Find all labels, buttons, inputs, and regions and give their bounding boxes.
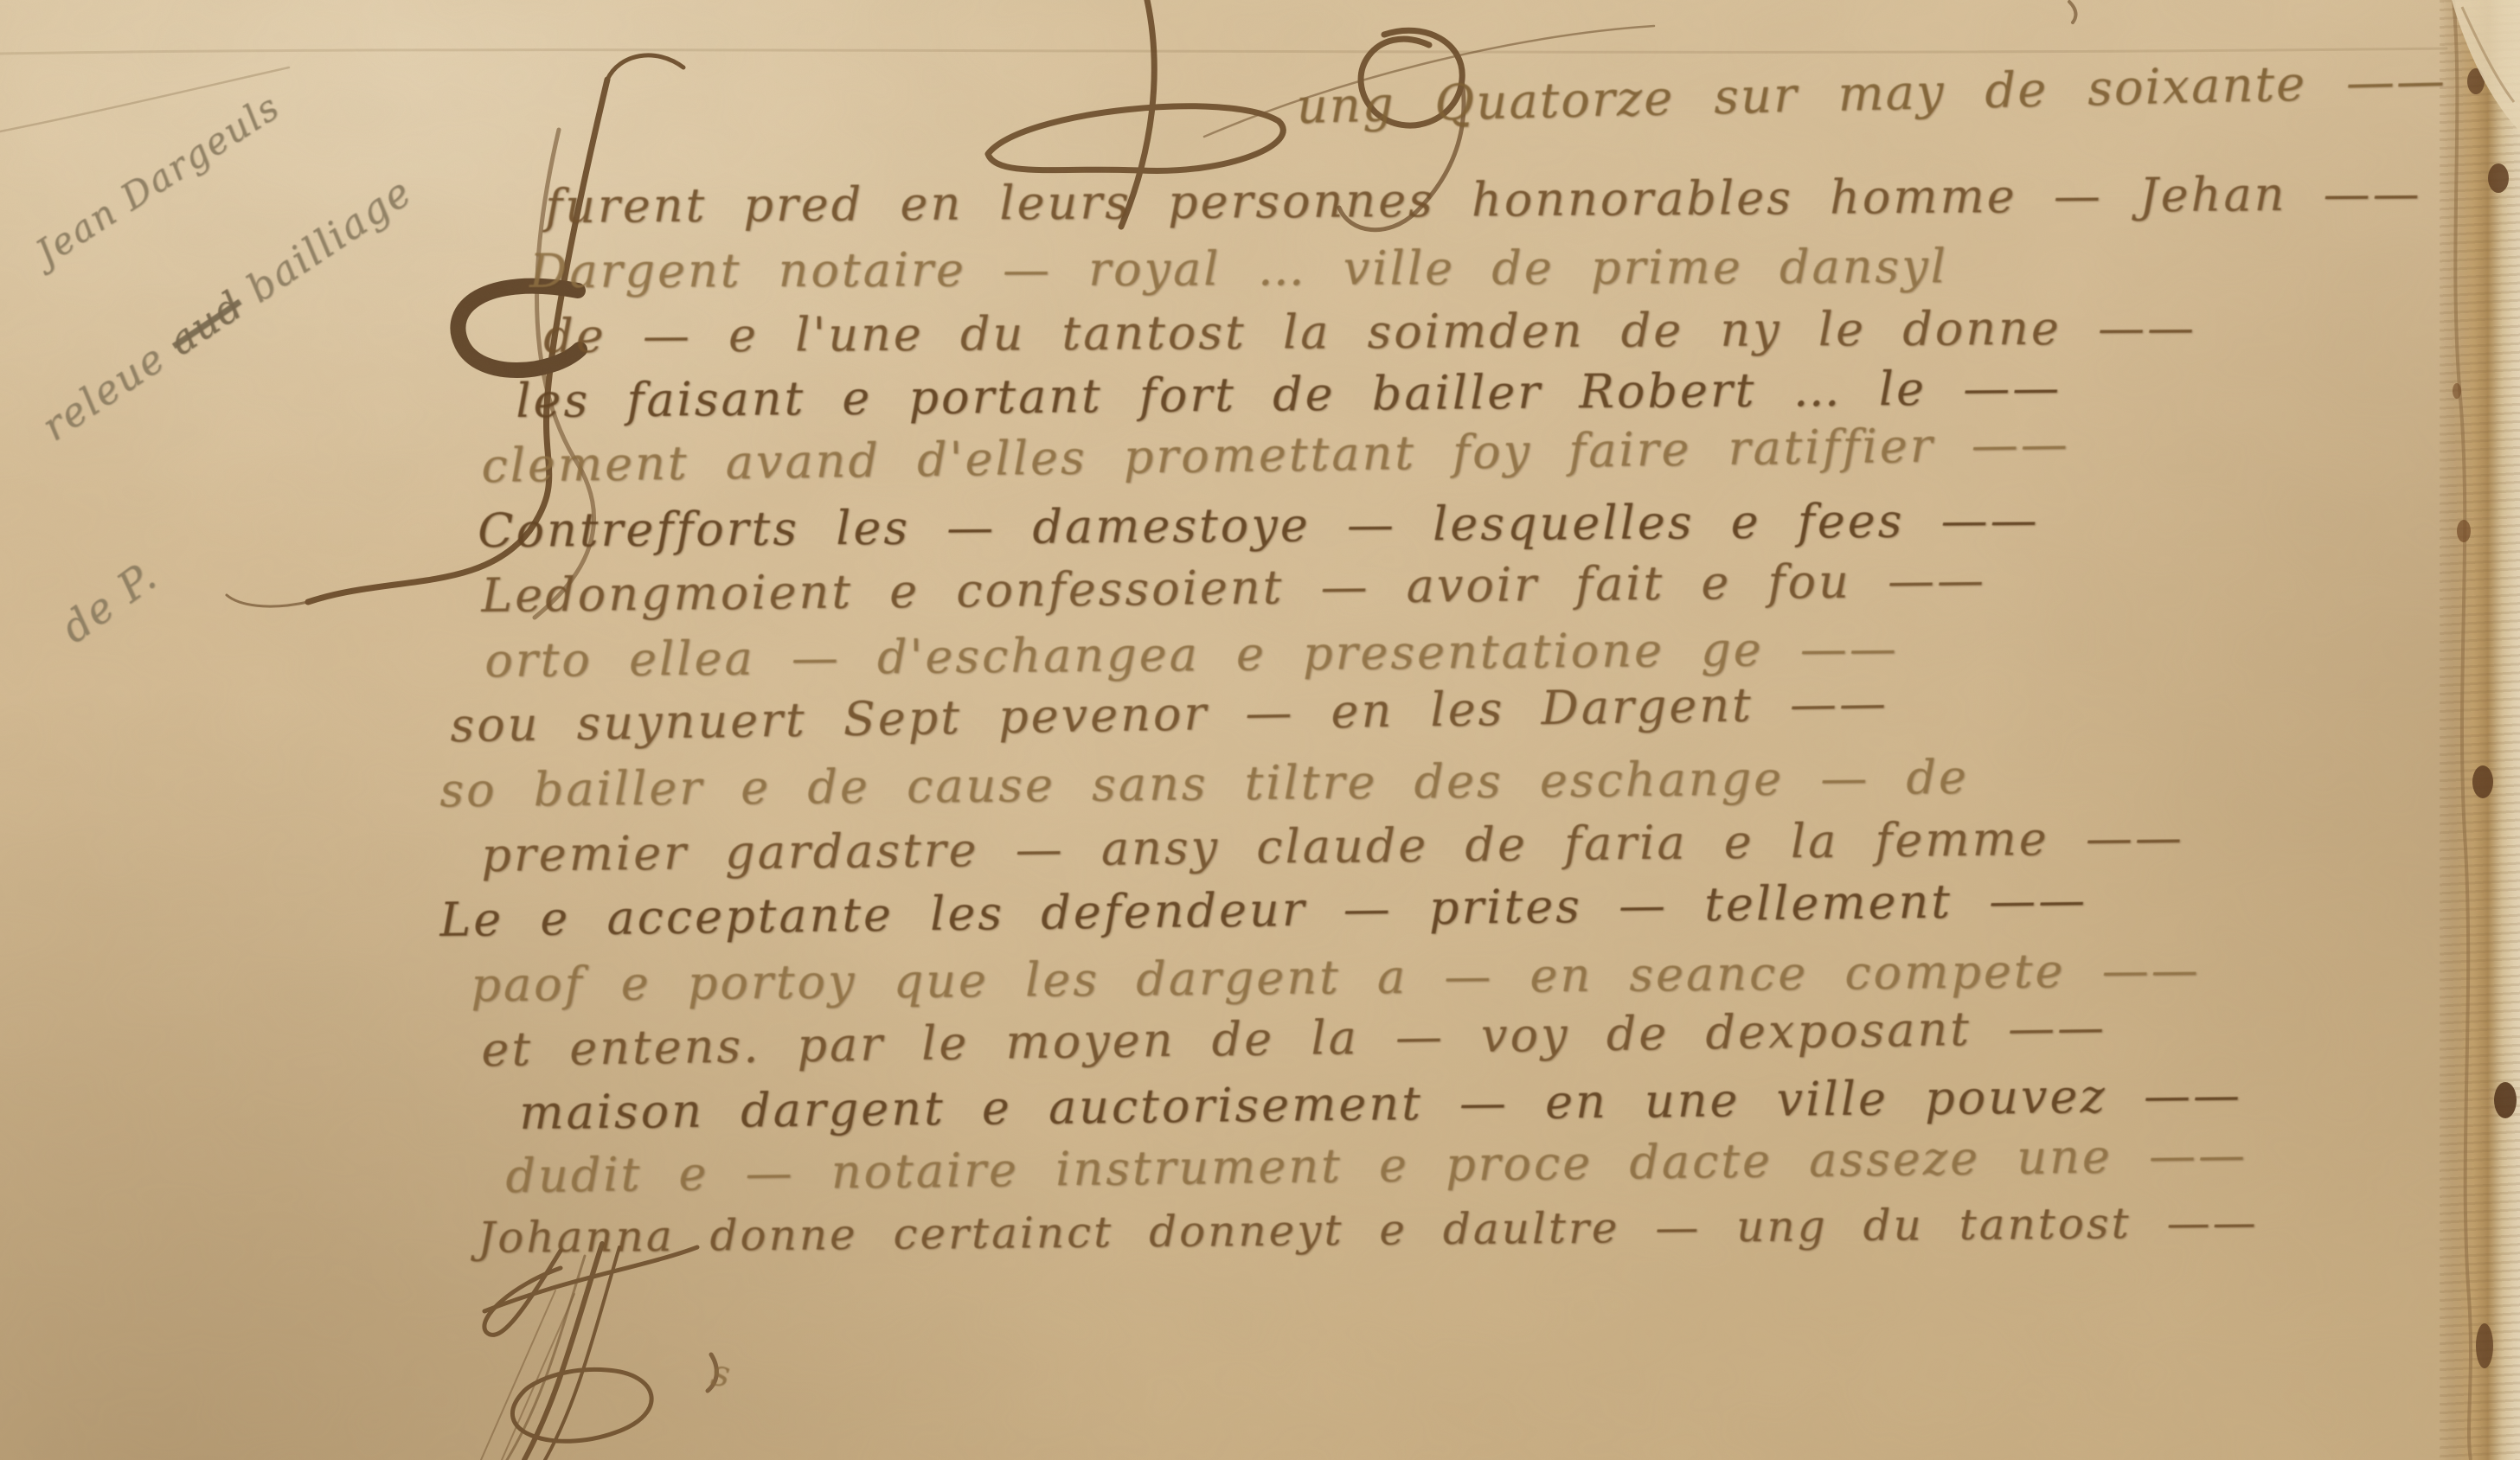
manuscript-line: orto ellea — d'eschangea e presentatione… <box>484 625 1899 684</box>
manuscript-line: dudit e — notaire instrument e proce dac… <box>505 1131 2247 1200</box>
manuscript-line: paof e portoy que les dargent a — en sea… <box>471 947 2201 1009</box>
margin-note-line1: Jean Dargeuls <box>29 87 286 272</box>
heading-date-line: ung Quatorze sur may de soixante —— <box>1296 57 2446 131</box>
margin-note-word: releue <box>33 334 174 450</box>
manuscript-line: so bailler e de cause sans tiltre des es… <box>439 754 1969 814</box>
manuscript-line: Ledongmoient e confessoient — avoir fait… <box>481 557 1986 619</box>
margin-note-word: bailliage <box>238 168 420 312</box>
margin-note-struck-word: aud <box>160 281 253 364</box>
manuscript-page: Jean Dargeuls releue aud bailliage de P.… <box>0 0 2520 1460</box>
manuscript-line: premier gardastre — ansy claude de faria… <box>481 814 2184 879</box>
manuscript-line: les faisant e portant fort de bailler Ro… <box>516 364 2062 425</box>
manuscript-line: et entens. par le moyen de la — voy de d… <box>481 1004 2106 1073</box>
manuscript-line: Johanna donne certainct donneyt e daultr… <box>478 1201 2259 1259</box>
manuscript-line: clement avand d'elles promettant foy fai… <box>481 420 2070 490</box>
notary-paraph-flourish <box>481 1244 697 1460</box>
margin-note-line3: de P. <box>54 554 164 651</box>
manuscript-line: sou suynuert Sept pevenor — en les Darge… <box>450 680 1888 749</box>
stray-ink-mark: s <box>709 1351 733 1396</box>
manuscript-line: maison dargent e auctorisement — en une … <box>519 1072 2242 1137</box>
manuscript-line: Dargent notaire — royal … ville de prime… <box>529 243 1948 295</box>
manuscript-line: de — e l'une du tantost la soimden de ny… <box>543 304 2196 360</box>
manuscript-line: furent pred en leurs personnes honnorabl… <box>545 170 2422 230</box>
paper-crease <box>0 48 2446 54</box>
manuscript-line: Contrefforts les — damestoye — lesquelle… <box>478 496 2040 554</box>
page-binding-edge <box>2440 0 2520 1460</box>
manuscript-line: Le e acceptante les defendeur — prites —… <box>439 877 2087 944</box>
